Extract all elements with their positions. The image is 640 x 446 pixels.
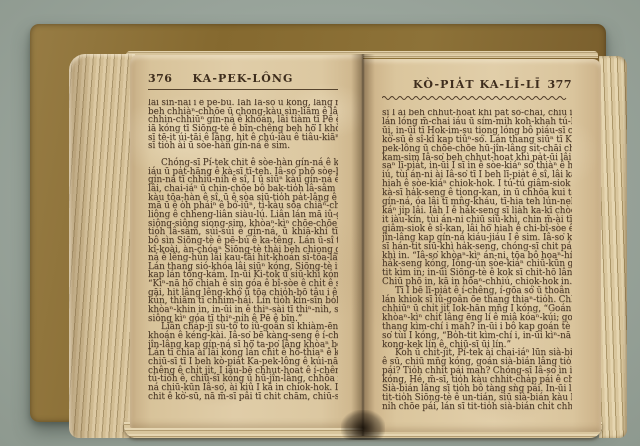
right-page-header: KÒ-PIA̍T KA-LĪ-LĪ 377 [382,78,572,92]
gutter-shadow [341,410,385,440]
paragraph: Koh ū chi̍t-ji̍t, Pí-tek ài chai-iáⁿ lūn… [382,349,572,411]
text-line: sī tio̍h ài ū sòe-hàn gín-ná ê sim. [148,142,338,151]
page-body-text: lâi sìn-nāi i ê pē-bú. Ia̍h Iâ-so͘ ū kón… [148,99,338,401]
photo-background: 376 KA-PEK-LÔNG lâi sìn-nāi i ê pē-bú. I… [0,0,640,446]
wavy-header-rule [382,94,572,100]
header-rule [148,89,338,90]
page-body-text: sî I ài beh chhut-hoat khì pa̍t só͘-chāi… [382,109,572,412]
left-page-header: 376 KA-PEK-LÔNG [148,72,338,86]
paragraph: lâi sìn-nāi i ê pē-bú. Ia̍h Iâ-so͘ ū kón… [148,99,338,151]
running-head-title: KA-PEK-LÔNG [148,72,338,85]
text-line: chit ê kò͘-sū, nā m̄-sī pâi tī chit chām… [148,393,338,402]
paragraph: Tī I bē lī-pia̍t ê í-chêng, í-gōa só͘ ū … [382,287,572,349]
paragraph: sî I ài beh chhut-hoat khì pa̍t só͘-chāi… [382,109,572,287]
paragraph: Chóng-sī Pí-tek chit ê sòe-hàn gín-ná ê … [148,159,338,323]
right-page-text-column: KÒ-PIA̍T KA-LĪ-LĪ 377 sî I ài beh chhut-… [382,78,572,412]
paragraph: Liân cha̍p-jī sù-tô͘ to iû-goân sī khiàm… [148,323,338,401]
text-line: ni̍h chōe pái, lán sī tit-tio̍h sià-bián… [382,403,572,412]
running-head-title: KÒ-PIA̍T KA-LĪ-LĪ [382,78,572,91]
page-number: 377 [548,78,572,91]
page-edges-left [69,54,135,438]
left-page-text-column: 376 KA-PEK-LÔNG lâi sìn-nāi i ê pē-bú. I… [148,72,338,401]
page-edges-right [599,56,627,438]
book: 376 KA-PEK-LÔNG lâi sìn-nāi i ê pē-bú. I… [30,24,606,422]
book-gutter [351,54,375,436]
